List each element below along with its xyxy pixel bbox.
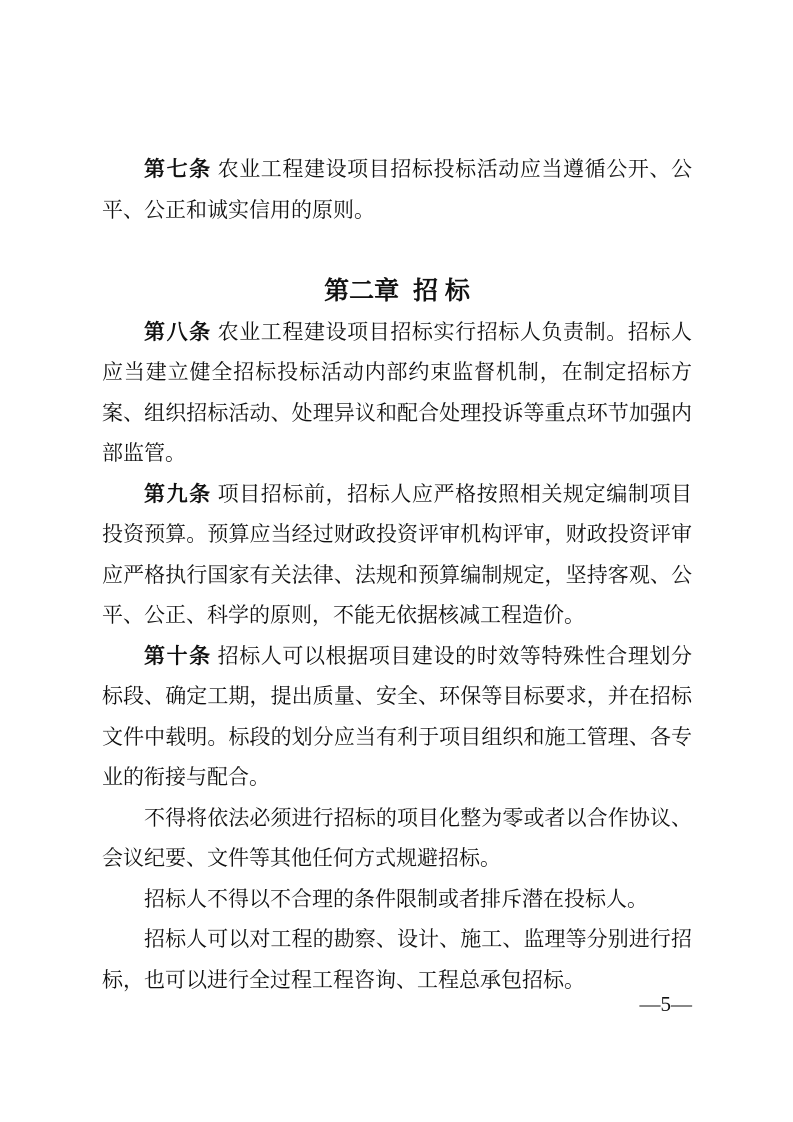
line-text: 农业工程建设项目招标实行招标人负责制。招标人	[212, 320, 692, 344]
text-line: 投资预算。预算应当经过财政投资评审机构评审，财政投资评审	[102, 514, 692, 555]
line-text: 招标人不得以不合理的条件限制或者排斥潜在投标人。	[144, 887, 648, 911]
text-line: 案、组织招标活动、处理异议和配合处理投诉等重点环节加强内	[102, 393, 692, 434]
paragraph-article-10-para-4: 招标人可以对工程的勘察、设计、施工、监理等分别进行招标，也可以进行全过程工程咨询…	[102, 919, 692, 1000]
line-text: 文件中载明。标段的划分应当有利于项目组织和施工管理、各专	[102, 725, 692, 749]
text-line: 平、公正和诚实信用的原则。	[102, 190, 692, 231]
paragraph-article-10-para-2: 不得将依法必须进行招标的项目化整为零或者以合作协议、会议纪要、文件等其他任何方式…	[102, 798, 692, 879]
text-line: 平、公正、科学的原则，不能无依据核减工程造价。	[102, 595, 692, 636]
paragraph-article-10-para-3: 招标人不得以不合理的条件限制或者排斥潜在投标人。	[102, 879, 692, 920]
paragraph-article-8: 第八条 农业工程建设项目招标实行招标人负责制。招标人应当建立健全招标投标活动内部…	[102, 312, 692, 474]
article-number: 第八条	[144, 321, 212, 344]
text-line: 业的衔接与配合。	[102, 757, 692, 798]
text-line: 招标人不得以不合理的条件限制或者排斥潜在投标人。	[102, 879, 692, 920]
text-line: 标，也可以进行全过程工程咨询、工程总承包招标。	[102, 960, 692, 1001]
text-line: 第八条 农业工程建设项目招标实行招标人负责制。招标人	[102, 312, 692, 353]
paragraph-article-7: 第七条 农业工程建设项目招标投标活动应当遵循公开、公平、公正和诚实信用的原则。	[102, 149, 692, 230]
text-line: 不得将依法必须进行招标的项目化整为零或者以合作协议、	[102, 798, 692, 839]
text-line: 应严格执行国家有关法律、法规和预算编制规定，坚持客观、公	[102, 555, 692, 596]
line-text: 业的衔接与配合。	[102, 765, 270, 789]
text-line: 第十条 招标人可以根据项目建设的时效等特殊性合理划分	[102, 636, 692, 677]
document-body: 第七条 农业工程建设项目招标投标活动应当遵循公开、公平、公正和诚实信用的原则。第…	[102, 149, 692, 1000]
line-text: 部监管。	[102, 441, 186, 465]
text-line: 招标人可以对工程的勘察、设计、施工、监理等分别进行招	[102, 919, 692, 960]
line-text: 平、公正、科学的原则，不能无依据核减工程造价。	[102, 603, 585, 627]
text-line: 会议纪要、文件等其他任何方式规避招标。	[102, 838, 692, 879]
text-line: 标段、确定工期，提出质量、安全、环保等目标要求，并在招标	[102, 676, 692, 717]
paragraph-article-9: 第九条 项目招标前，招标人应严格按照相关规定编制项目投资预算。预算应当经过财政投…	[102, 474, 692, 636]
line-text: 项目招标前，招标人应严格按照相关规定编制项目	[212, 482, 692, 506]
text-line: 第七条 农业工程建设项目招标投标活动应当遵循公开、公	[102, 149, 692, 190]
article-number: 第九条	[144, 483, 212, 506]
text-line: 文件中载明。标段的划分应当有利于项目组织和施工管理、各专	[102, 717, 692, 758]
line-text: 招标人可以对工程的勘察、设计、施工、监理等分别进行招	[144, 927, 692, 951]
text-line: 应当建立健全招标投标活动内部约束监督机制，在制定招标方	[102, 352, 692, 393]
text-line: 第二章 招 标	[102, 271, 692, 312]
text-line: 部监管。	[102, 433, 692, 474]
line-text: 应当建立健全招标投标活动内部约束监督机制，在制定招标方	[102, 360, 692, 384]
article-number: 第十条	[144, 645, 212, 668]
page-number: —5—	[640, 992, 693, 1016]
line-text: 标段、确定工期，提出质量、安全、环保等目标要求，并在招标	[102, 684, 692, 708]
article-number: 第七条	[144, 158, 212, 181]
document-page: 第七条 农业工程建设项目招标投标活动应当遵循公开、公平、公正和诚实信用的原则。第…	[0, 0, 793, 1122]
line-text: 不得将依法必须进行招标的项目化整为零或者以合作协议、	[144, 806, 692, 830]
line-text: 投资预算。预算应当经过财政投资评审机构评审，财政投资评审	[102, 522, 692, 546]
text-line: 第九条 项目招标前，招标人应严格按照相关规定编制项目	[102, 474, 692, 515]
line-text: 平、公正和诚实信用的原则。	[102, 198, 375, 222]
line-text: 招标人可以根据项目建设的时效等特殊性合理划分	[212, 644, 692, 668]
line-text: 标，也可以进行全过程工程咨询、工程总承包招标。	[102, 968, 585, 992]
chapter-heading: 第二章 招 标	[102, 271, 692, 312]
chapter-title-text: 第二章 招 标	[324, 277, 470, 305]
line-text: 案、组织招标活动、处理异议和配合处理投诉等重点环节加强内	[102, 401, 692, 425]
paragraph-article-10: 第十条 招标人可以根据项目建设的时效等特殊性合理划分标段、确定工期，提出质量、安…	[102, 636, 692, 798]
line-text: 农业工程建设项目招标投标活动应当遵循公开、公	[212, 157, 692, 181]
line-text: 应严格执行国家有关法律、法规和预算编制规定，坚持客观、公	[102, 563, 692, 587]
line-text: 会议纪要、文件等其他任何方式规避招标。	[102, 846, 501, 870]
